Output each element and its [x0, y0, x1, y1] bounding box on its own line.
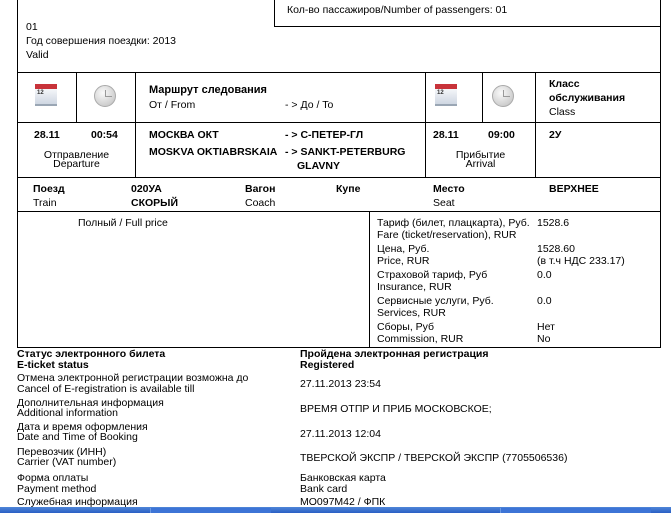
train-label-en: Train: [33, 197, 57, 209]
route-from-ru: МОСКВА ОКТ: [149, 129, 219, 141]
divider: [17, 177, 661, 178]
booking-date-value: 27.11.2013 12:04: [300, 428, 381, 440]
booking-date-label-en: Date and Time of Booking: [17, 432, 138, 443]
status-label-en: E-ticket status: [17, 359, 89, 371]
divider: [17, 122, 661, 123]
fare-label-en: Fare (ticket/reservation), RUR: [377, 229, 516, 241]
seat-label-ru: Место: [433, 183, 465, 195]
fare-type: Полный / Full price: [78, 217, 168, 229]
insurance-label-en: Insurance, RUR: [377, 281, 452, 293]
fare-label-ru: Тариф (билет, плацкарта), Руб.: [377, 217, 530, 229]
arrival-clock-icon: [492, 85, 514, 107]
status-value-en: Registered: [300, 359, 354, 371]
route-from-label: От / From: [149, 99, 195, 111]
commission-label-ru: Сборы, Руб: [377, 321, 434, 333]
validity-status: Valid: [26, 49, 49, 61]
price-value: 1528.60: [537, 243, 575, 255]
route-to-en-cont: GLAVNY: [297, 160, 340, 172]
route-title: Маршрут следования: [149, 84, 267, 96]
passengers-count: Кол-во пассажиров/Number of passengers: …: [287, 4, 507, 16]
train-label-ru: Поезд: [33, 183, 65, 195]
arrival-time: 09:00: [488, 129, 515, 141]
train-type: СКОРЫЙ: [131, 197, 178, 209]
services-label-en: Services, RUR: [377, 307, 446, 319]
divider: [17, 72, 661, 73]
price-vat: (в т.ч НДС 233.17): [537, 255, 625, 267]
coach-label-ru: Вагон: [245, 183, 275, 195]
class-title-line2: обслуживания: [549, 92, 625, 104]
route-to-ru: - > С-ПЕТЕР-ГЛ: [285, 129, 363, 141]
service-class-value: 2У: [549, 129, 561, 141]
services-label-ru: Сервисные услуги, Руб.: [377, 295, 494, 307]
trip-year: Год совершения поездки: 2013: [26, 35, 176, 47]
commission-label-en: Commission, RUR: [377, 333, 463, 345]
arrival-date: 28.11: [433, 129, 459, 141]
fare-value: 1528.6: [537, 217, 569, 229]
insurance-label-ru: Страховой тариф, Руб: [377, 269, 487, 281]
taskbar[interactable]: [0, 507, 671, 513]
ticket-right-border: [660, 0, 661, 348]
divider: [76, 72, 77, 122]
cancel-value: 27.11.2013 23:54: [300, 378, 381, 390]
compartment-label: Купе: [336, 183, 360, 195]
taskbar-button[interactable]: [500, 508, 651, 513]
departure-clock-icon: [94, 85, 116, 107]
commission-value-ru: Нет: [537, 321, 555, 333]
seat-label-en: Seat: [433, 197, 455, 209]
payment-label-en: Payment method: [17, 484, 96, 495]
departure-date: 28.11: [34, 129, 60, 141]
seat-value: ВЕРХНЕЕ: [549, 183, 599, 195]
commission-value-en: No: [537, 333, 550, 345]
arrival-calendar-icon: 12: [435, 84, 457, 106]
carrier-label-en: Carrier (VAT number): [17, 457, 116, 468]
cancel-label-en: Cancel of E-registration is available ti…: [17, 384, 194, 395]
services-value: 0.0: [537, 295, 552, 307]
departure-label-en: Departure: [18, 159, 135, 169]
taskbar-button[interactable]: [150, 508, 271, 513]
divider: [17, 211, 661, 212]
arrival-label-en: Arrival: [426, 159, 535, 169]
coach-label-en: Coach: [245, 197, 275, 209]
price-label-en: Price, RUR: [377, 255, 430, 267]
departure-time: 00:54: [91, 129, 118, 141]
class-title-line1: Класс: [549, 78, 580, 90]
divider: [535, 72, 536, 177]
route-to-label: - > До / To: [285, 99, 333, 111]
route-from-en: MOSKVA OKTIABRSKAIA: [149, 146, 277, 158]
divider: [369, 211, 370, 348]
additional-info-label-en: Additional information: [17, 408, 118, 419]
class-subtitle: Class: [549, 106, 575, 118]
ticket-number: 01: [26, 21, 38, 33]
payment-value-en: Bank card: [300, 484, 347, 495]
divider: [482, 72, 483, 122]
insurance-value: 0.0: [537, 269, 552, 281]
ticket-left-border: [17, 0, 18, 348]
price-label-ru: Цена, Руб.: [377, 243, 429, 255]
carrier-value: ТВЕРСКОЙ ЭКСПР / ТВЕРСКОЙ ЭКСПР (7705506…: [300, 452, 567, 464]
divider: [135, 72, 136, 177]
departure-calendar-icon: 12: [35, 84, 57, 106]
additional-info-value: ВРЕМЯ ОТПР И ПРИБ МОСКОВСКОЕ;: [300, 403, 492, 415]
route-to-en: - > SANKT-PETERBURG: [285, 146, 405, 158]
train-number: 020УА: [131, 183, 162, 195]
